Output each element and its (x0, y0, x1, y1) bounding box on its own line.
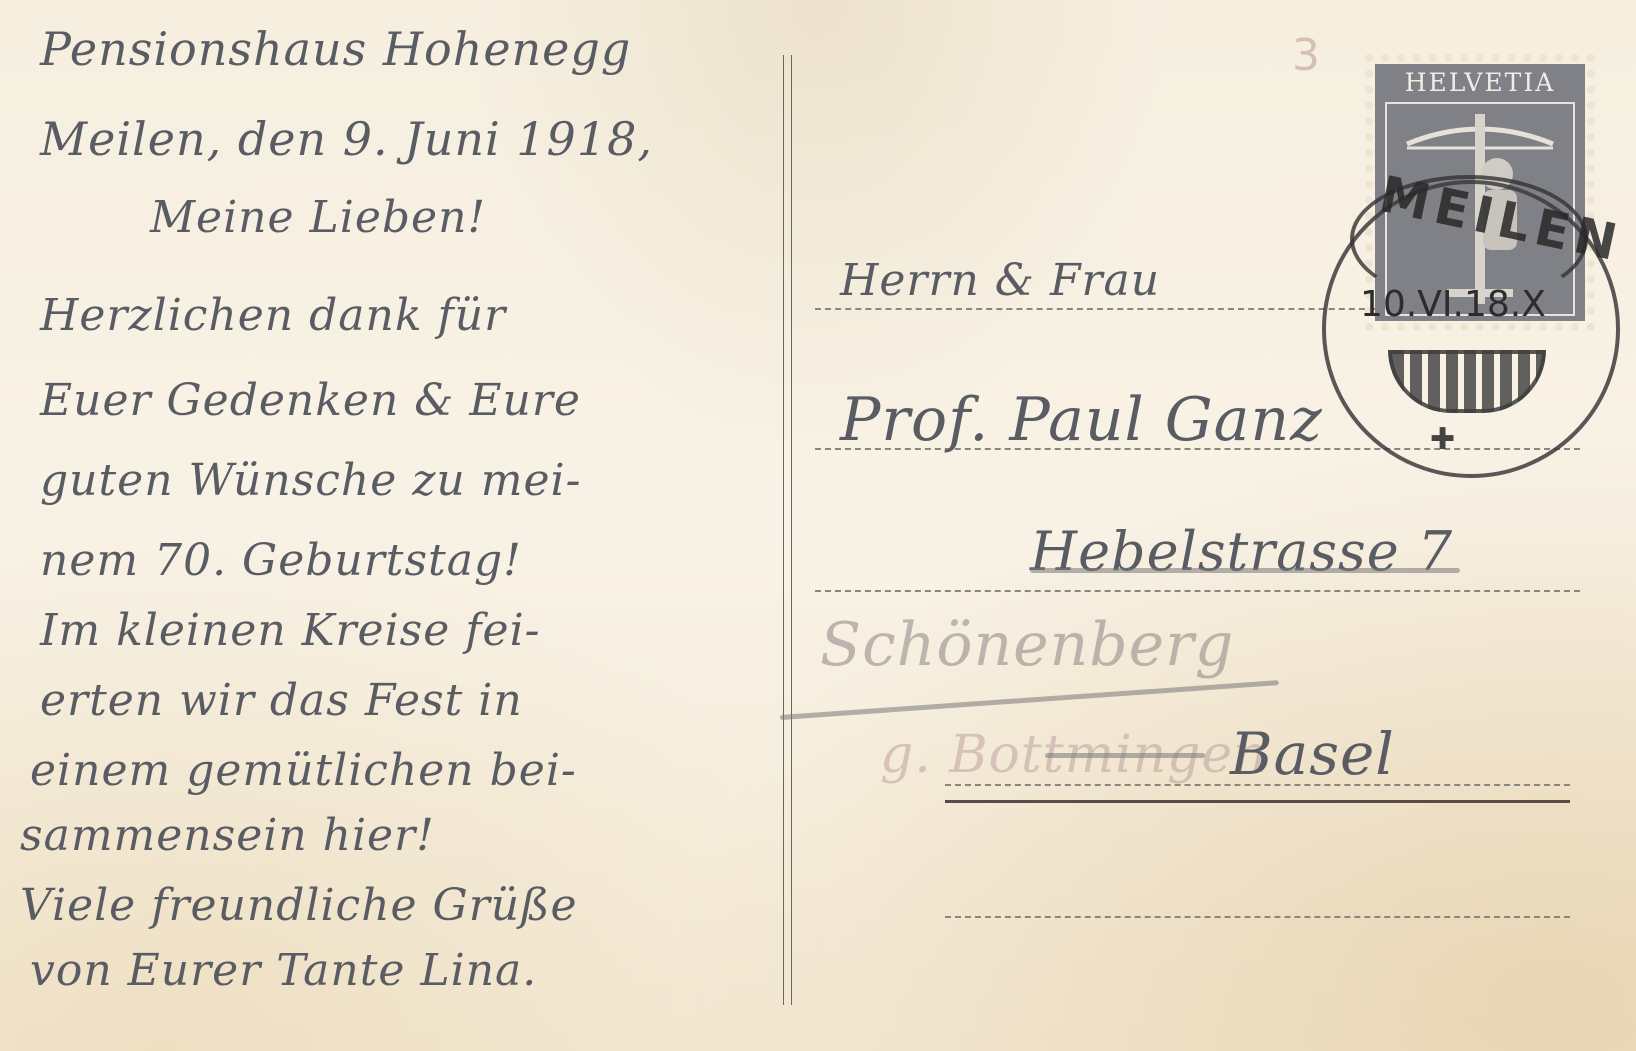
date-line: Meilen, den 9. Juni 1918, (40, 112, 653, 166)
salutation: Meine Lieben! (150, 192, 486, 243)
archive-number: 3 (1292, 30, 1320, 81)
forward-address-pencil: Schönenberg (820, 610, 1234, 680)
address-rule (945, 916, 1570, 918)
city-struck: Basel (1230, 720, 1395, 788)
message-line: einem gemütlichen bei- (30, 745, 577, 796)
street-address-struck: Hebelstrasse 7 (1030, 520, 1453, 583)
stamp-country: HELVETIA (1375, 68, 1585, 97)
strikethrough (1045, 753, 1205, 758)
swiss-cross-icon: ✚ (1430, 422, 1455, 457)
message-line: guten Wünsche zu mei- (40, 455, 581, 506)
addressee-name: Prof. Paul Ganz (840, 385, 1323, 455)
sender-address-line: Pensionshaus Hohenegg (40, 22, 631, 76)
postmark-date: 10.VI.18.X (1360, 284, 1546, 325)
signature-line: von Eurer Tante Lina. (30, 945, 537, 996)
address-rule (815, 308, 1375, 310)
center-divider (783, 55, 792, 1005)
message-line: Herzlichen dank für (40, 290, 506, 341)
addressee-title: Herrn & Frau (840, 255, 1160, 306)
message-line: Im kleinen Kreise fei- (40, 605, 541, 656)
message-line: sammensein hier! (20, 810, 435, 861)
strikethrough (1030, 568, 1460, 573)
address-rule-solid (945, 800, 1570, 803)
message-line: nem 70. Geburtstag! (40, 535, 522, 586)
message-line: erten wir das Fest in (40, 675, 523, 726)
message-line: Euer Gedenken & Eure (40, 375, 581, 426)
message-line: Viele freundliche Grüße (20, 880, 578, 931)
address-rule (815, 590, 1580, 592)
postcard: Pensionshaus Hohenegg Meilen, den 9. Jun… (0, 0, 1636, 1051)
pencil-stroke (780, 680, 1279, 720)
